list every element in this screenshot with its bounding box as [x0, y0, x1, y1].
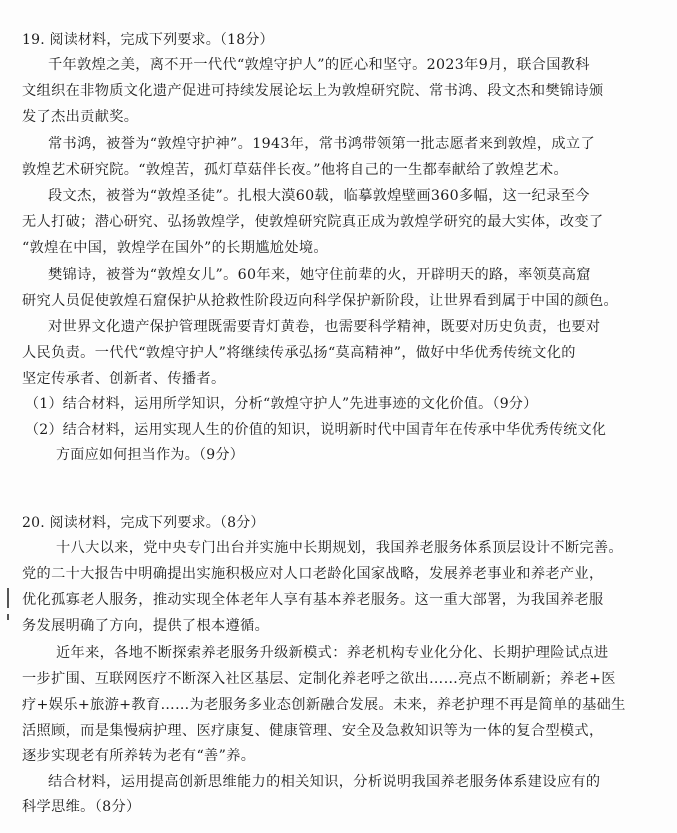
- paragraph-line: 文组织在非物质文化遗产促进可持续发展论坛上为敦煌研究院、常书鸿、段文杰和樊锦诗颁: [22, 81, 604, 101]
- paragraph-line: 敦煌艺术研究院。“敦煌苦，孤灯草菇伴长夜。”他将自己的一生都奉献给了敦煌艺术。: [22, 160, 568, 180]
- paragraph-line: 千年敦煌之美，离不开一代代“敦煌守护人”的匠心和坚守。2023年9月，联合国教科: [48, 55, 590, 75]
- paragraph-line: 优化孤寡老人服务，推动实现全体老年人享有基本养老服务。这一重大部署，为我国养老服: [22, 590, 604, 610]
- paragraph-line: 科学思维。（8分）: [22, 797, 141, 817]
- margin-scan-mark: [7, 588, 9, 608]
- paragraph-line: 近年来，各地不断探索养老服务升级新模式：养老机构专业化分化、长期护理险试点进: [56, 643, 608, 663]
- paragraph-line: 务发展明确了方向，提供了根本遵循。: [22, 616, 269, 636]
- paragraph-line: 党的二十大报告中明确提出实施积极应对人口老龄化国家战略，发展养老事业和养老产业，: [22, 564, 604, 584]
- paragraph-line: 疗+娱乐+旅游+教育……为老服务多业态创新融合发展。未来，养老护理不再是简单的基…: [22, 695, 626, 715]
- margin-scan-mark: [7, 614, 9, 620]
- paragraph-line: 无人打破；潜心研究、弘扬敦煌学，使敦煌研究院真正成为敦煌学研究的最大实体，改变了: [22, 212, 604, 232]
- paragraph-line: 常书鸿，被誉为“敦煌守护神”。1943年，常书鸿带领第一批志愿者来到敦煌，成立了: [48, 134, 595, 154]
- question-19-title: 19. 阅读材料，完成下列要求。（18分）: [22, 30, 274, 50]
- paragraph-line: 活照顾，而是集慢病护理、医疗康复、健康管理、安全及急救知识等为一体的复合型模式，: [22, 721, 604, 741]
- sub-question-2-cont: 方面应如何担当作为。（9分）: [56, 445, 244, 465]
- paragraph-line: 人民负责。一代代“敦煌守护人”将继续传承弘扬“莫高精神”，做好中华优秀传统文化的: [22, 343, 576, 363]
- paragraph-line: “敦煌在中国，敦煌学在国外”的长期尴尬处境。: [22, 238, 328, 258]
- paragraph-line: 坚定传承者、创新者、传播者。: [22, 369, 226, 389]
- paragraph-line: 发了杰出贡献奖。: [22, 107, 138, 127]
- paragraph-line: 对世界文化遗产保护管理既需要青灯黄卷，也需要科学精神，既要对历史负责，也要对: [48, 317, 600, 337]
- exam-page: 19. 阅读材料，完成下列要求。（18分） 千年敦煌之美，离不开一代代“敦煌守护…: [0, 0, 677, 833]
- paragraph-line: 结合材料，运用提高创新思维能力的相关知识，分析说明我国养老服务体系建设应有的: [48, 772, 600, 792]
- sub-question-2: （2）结合材料，运用实现人生的价值的知识，说明新时代中国青年在传承中华优秀传统文…: [25, 420, 606, 440]
- paragraph-line: 段文杰，被誉为“敦煌圣徒”。扎根大漠60载，临摹敦煌壁画360多幅，这一纪录至今: [48, 186, 590, 206]
- paragraph-line: 研究人员促使敦煌石窟保护从抢救性阶段迈向科学保护新阶段，让世界看到属于中国的颜色…: [22, 291, 618, 311]
- sub-question-1: （1）结合材料，运用所学知识，分析“敦煌守护人”先进事迹的文化价值。（9分）: [25, 394, 538, 414]
- question-20-title: 20. 阅读材料，完成下列要求。（8分）: [22, 513, 265, 533]
- paragraph-line: 樊锦诗，被誉为“敦煌女儿”。60年来，她守住前辈的火，开辟明天的路，率领莫高窟: [48, 265, 591, 285]
- paragraph-line: 十八大以来，党中央专门出台并实施中长期规划，我国养老服务体系顶层设计不断完善。: [56, 538, 623, 558]
- paragraph-line: 一步扩围、互联网医疗不断深入社区基层、定制化养老呼之欲出……亮点不断刷新；养老+…: [22, 669, 616, 689]
- paragraph-line: 逐步实现老有所养转为老有“善”养。: [22, 746, 255, 766]
